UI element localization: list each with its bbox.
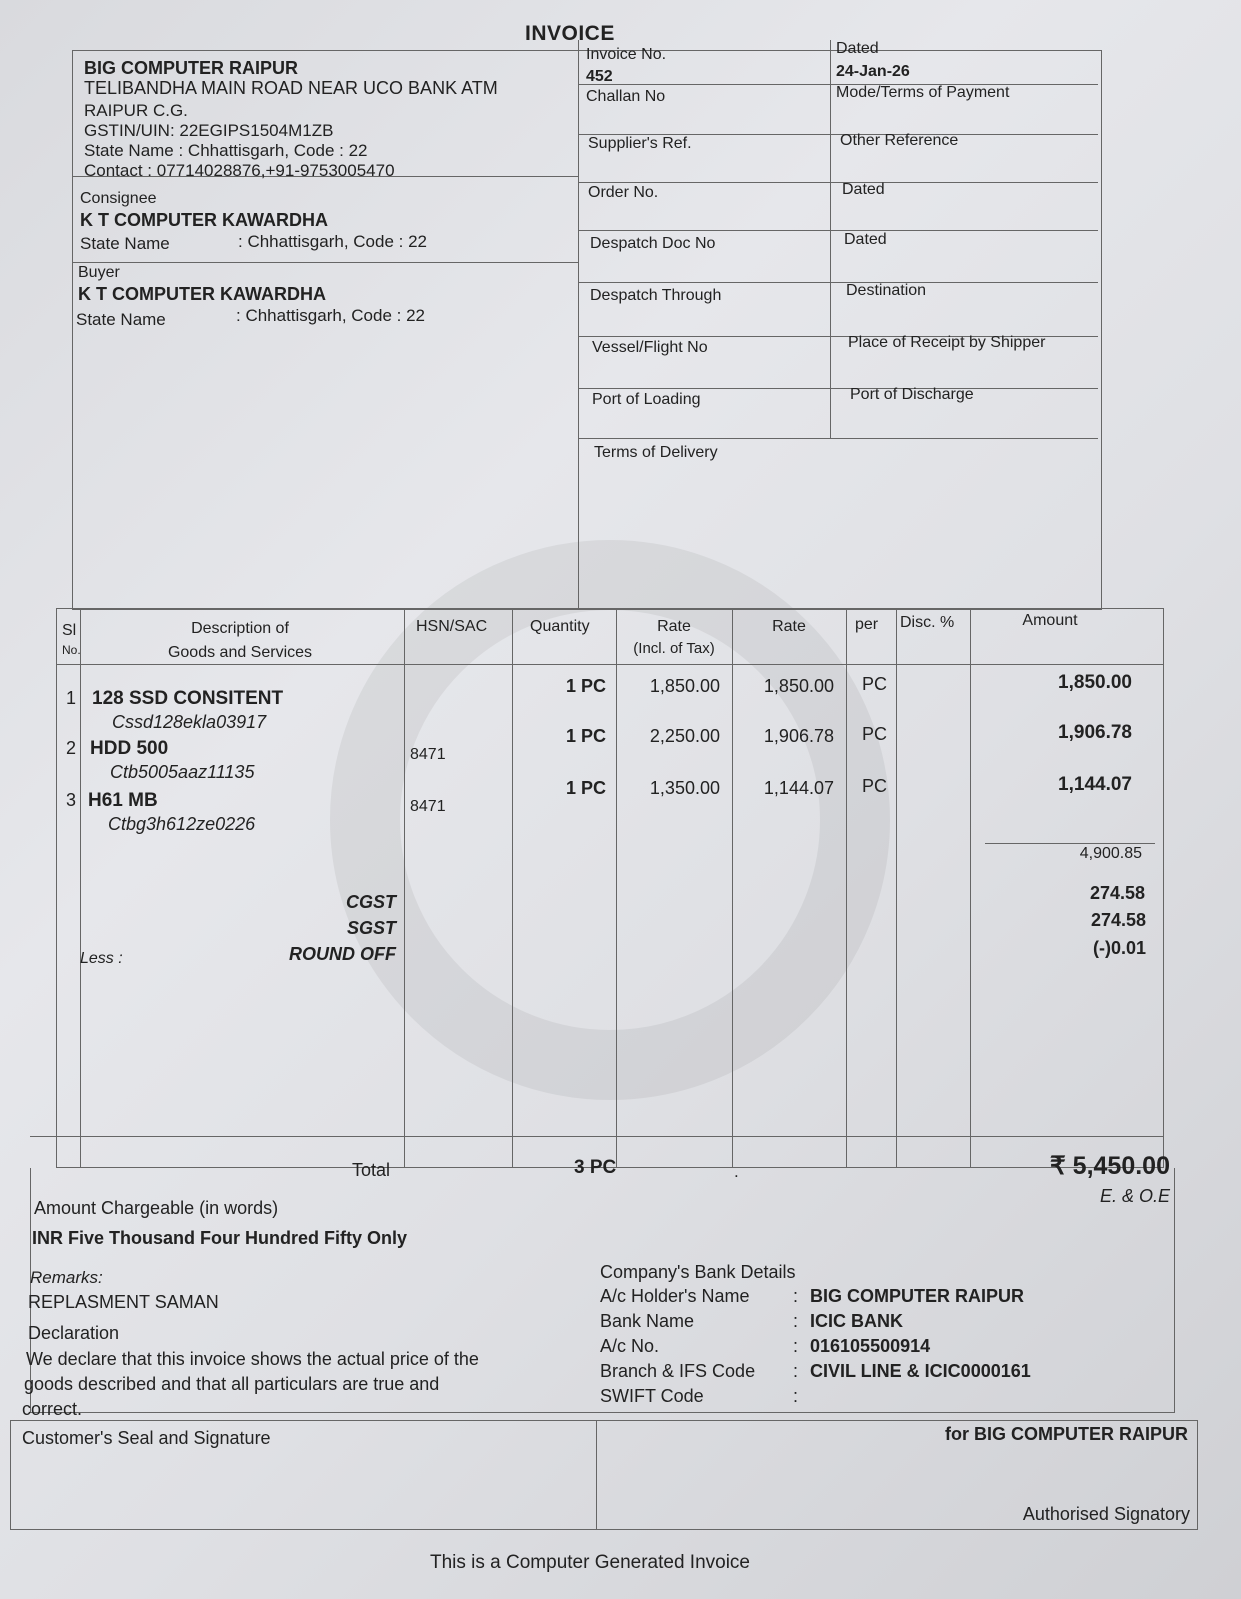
header-disc: Disc. % [900, 614, 954, 632]
less-label: Less : [80, 950, 123, 968]
consignee-label: Consignee [80, 190, 157, 208]
item-amount: 1,850.00 [980, 672, 1132, 694]
header-desc-1: Description of [100, 620, 380, 638]
item-sl: 3 [66, 790, 76, 811]
consignee-state-label: State Name [80, 234, 170, 254]
eoe-note: E. & O.E [1030, 1186, 1170, 1207]
despatch-through-label: Despatch Through [590, 287, 721, 305]
header-amount: Amount [970, 612, 1130, 630]
amount-words-value: INR Five Thousand Four Hundred Fifty Onl… [32, 1228, 407, 1249]
document-title: INVOICE [525, 22, 615, 46]
item-serial: Ctb5005aaz11135 [110, 762, 254, 783]
item-rate-incl: 1,850.00 [620, 676, 720, 697]
consignee-name: K T COMPUTER KAWARDHA [80, 210, 328, 231]
buyer-state-value: : Chhattisgarh, Code : 22 [236, 306, 425, 326]
mode-terms-label: Mode/Terms of Payment [836, 84, 1009, 102]
bank-row-separator: : [793, 1286, 798, 1307]
tax-amount-round-off: (-)0.01 [1000, 938, 1146, 959]
item-sl: 2 [66, 738, 76, 759]
declaration-line-3: correct. [22, 1399, 82, 1420]
authorised-signatory-label: Authorised Signatory [900, 1504, 1190, 1525]
declaration-line-2: goods described and that all particulars… [24, 1374, 439, 1395]
for-company-label: for BIG COMPUTER RAIPUR [860, 1424, 1188, 1445]
computer-generated-note: This is a Computer Generated Invoice [300, 1552, 880, 1574]
item-name: 128 SSD CONSITENT [92, 688, 283, 710]
declaration-label: Declaration [28, 1323, 119, 1344]
bank-row-separator: : [793, 1336, 798, 1357]
header-desc-2: Goods and Services [100, 644, 380, 662]
bank-heading: Company's Bank Details [600, 1262, 796, 1283]
bank-row-value: 016105500914 [810, 1336, 930, 1357]
item-quantity: 1 PC [520, 778, 606, 799]
header-sl-no: No. [62, 644, 81, 658]
header-per: per [855, 616, 878, 634]
remarks-label: Remarks: [30, 1268, 103, 1288]
item-sl: 1 [66, 688, 76, 709]
item-hsn: 8471 [410, 798, 446, 816]
subtotal-amount: 4,900.85 [1000, 845, 1142, 863]
seller-name: BIG COMPUTER RAIPUR [84, 58, 298, 79]
item-quantity: 1 PC [520, 726, 606, 747]
dated-label: Dated [836, 40, 879, 58]
header-rate: Rate [732, 618, 846, 636]
item-hsn: 8471 [410, 746, 446, 764]
header-sl: Sl [62, 622, 76, 640]
place-receipt-label: Place of Receipt by Shipper [848, 334, 1045, 352]
item-rate-incl: 2,250.00 [620, 726, 720, 747]
bank-row-separator: : [793, 1361, 798, 1382]
declaration-line-1: We declare that this invoice shows the a… [26, 1349, 479, 1370]
invoice-no-value: 452 [586, 68, 613, 86]
bank-row-label: Bank Name [600, 1311, 694, 1332]
suppliers-ref-label: Supplier's Ref. [588, 135, 692, 153]
invoice-no-label: Invoice No. [586, 46, 666, 64]
invoice-sheet: INVOICE BIG COMPUTER RAIPUR TELIBANDHA M… [0, 0, 1241, 1599]
other-reference-label: Other Reference [840, 132, 958, 150]
bank-row-label: Branch & IFS Code [600, 1361, 755, 1382]
remarks-value: REPLASMENT SAMAN [28, 1292, 219, 1313]
order-dated-label: Dated [842, 181, 885, 199]
item-per: PC [862, 776, 887, 797]
item-name: HDD 500 [90, 738, 168, 760]
amount-words-label: Amount Chargeable (in words) [34, 1198, 278, 1219]
terms-delivery-label: Terms of Delivery [594, 444, 718, 462]
item-rate: 1,906.78 [736, 726, 834, 747]
tax-amount-cgst: 274.58 [1000, 883, 1145, 904]
bank-row-separator: : [793, 1311, 798, 1332]
item-amount: 1,906.78 [980, 722, 1132, 744]
order-no-label: Order No. [588, 184, 658, 202]
header-hsn: HSN/SAC [416, 618, 487, 636]
item-quantity: 1 PC [520, 676, 606, 697]
item-rate-incl: 1,350.00 [620, 778, 720, 799]
bank-row-label: A/c Holder's Name [600, 1286, 749, 1307]
port-discharge-label: Port of Discharge [850, 386, 974, 404]
vessel-label: Vessel/Flight No [592, 339, 708, 357]
tax-label-cgst: CGST [200, 892, 396, 913]
buyer-state-label: State Name [76, 310, 166, 330]
item-rate: 1,850.00 [736, 676, 834, 697]
item-rate: 1,144.07 [736, 778, 834, 799]
tax-label-round-off: ROUND OFF [200, 944, 396, 965]
bank-row-label: SWIFT Code [600, 1386, 704, 1407]
buyer-label: Buyer [78, 264, 120, 282]
challan-no-label: Challan No [586, 88, 665, 106]
bank-row-value: ICIC BANK [810, 1311, 903, 1332]
despatch-dated-label: Dated [844, 231, 887, 249]
item-per: PC [862, 674, 887, 695]
bank-row-separator: : [793, 1386, 798, 1407]
header-quantity: Quantity [530, 618, 590, 636]
item-serial: Ctbg3h612ze0226 [108, 814, 255, 835]
item-amount: 1,144.07 [980, 774, 1132, 796]
seller-state: State Name : Chhattisgarh, Code : 22 [84, 141, 368, 161]
seller-gstin: GSTIN/UIN: 22EGIPS1504M1ZB [84, 121, 333, 141]
bank-row-value: BIG COMPUTER RAIPUR [810, 1286, 1024, 1307]
despatch-doc-label: Despatch Doc No [590, 235, 715, 253]
tax-amount-sgst: 274.58 [1000, 910, 1146, 931]
header-rate-incl-1: Rate [616, 618, 732, 636]
dated-value: 24-Jan-26 [836, 63, 910, 81]
consignee-state-value: : Chhattisgarh, Code : 22 [238, 232, 427, 252]
item-serial: Cssd128ekla03917 [112, 712, 266, 733]
customer-seal-label: Customer's Seal and Signature [22, 1428, 271, 1449]
item-per: PC [862, 724, 887, 745]
tax-label-sgst: SGST [200, 918, 396, 939]
bank-row-value: CIVIL LINE & ICIC0000161 [810, 1361, 1031, 1382]
item-name: H61 MB [88, 790, 158, 812]
destination-label: Destination [846, 282, 926, 300]
buyer-name: K T COMPUTER KAWARDHA [78, 284, 326, 305]
seller-address-line2: RAIPUR C.G. [84, 101, 188, 121]
header-rate-incl-2: (Incl. of Tax) [616, 640, 732, 657]
bank-row-label: A/c No. [600, 1336, 659, 1357]
port-loading-label: Port of Loading [592, 391, 701, 409]
seller-address-line1: TELIBANDHA MAIN ROAD NEAR UCO BANK ATM [84, 78, 498, 99]
seller-contact: Contact : 07714028876,+91-9753005470 [84, 161, 395, 181]
